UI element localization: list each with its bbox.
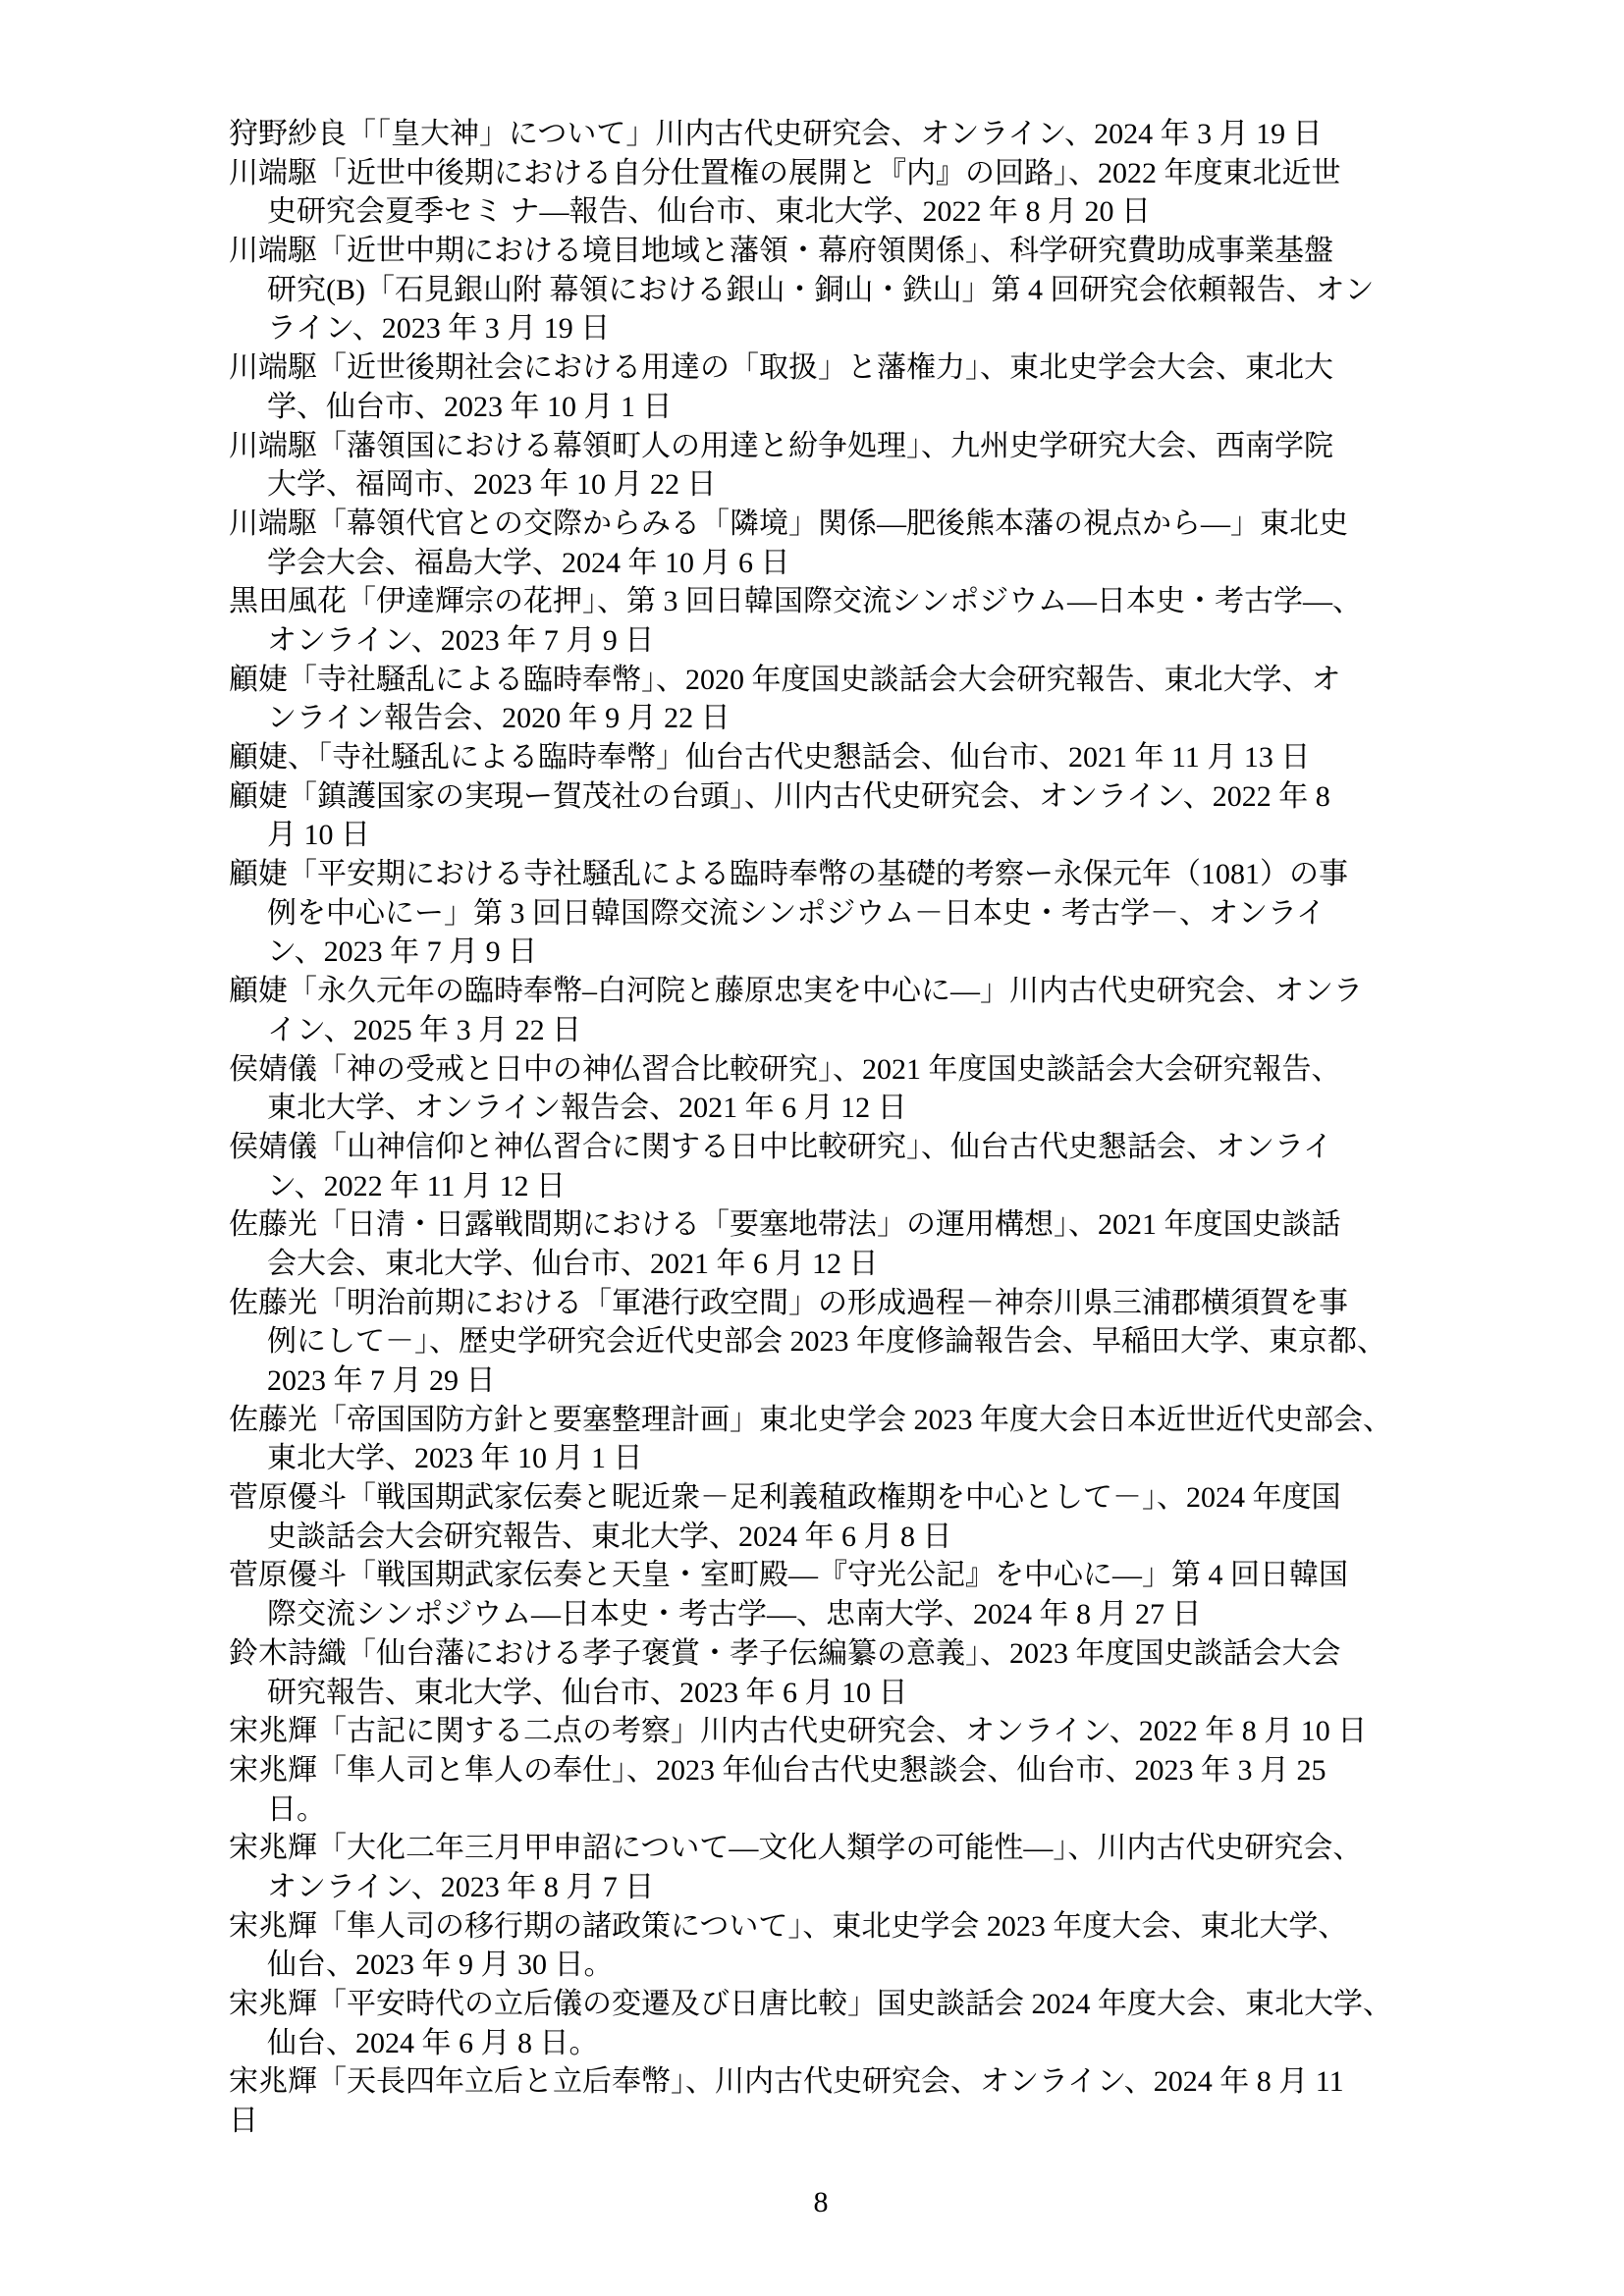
bibliography-line: 例を中心にー」第 3 回日韓国際交流シンポジウム－日本史・考古学－、オンライ (229, 894, 1413, 934)
bibliography-line: 例にして－」、歴史学研究会近代史部会 2023 年度修論報告会、早稲田大学、東京… (229, 1322, 1413, 1362)
bibliography-line: 仙台、2024 年 6 月 8 日。 (229, 2024, 1413, 2063)
bibliography-line: 佐藤光「帝国国防方針と要塞整理計画」東北史学会 2023 年度大会日本近世近代史… (229, 1401, 1413, 1440)
bibliography-line: 日。 (229, 1790, 1413, 1830)
bibliography-line: 侯婧儀「山神信仰と神仏習合に関する日中比較研究」、仙台古代史懇話会、オンライ (229, 1128, 1413, 1167)
document-page: 狩野紗良「「皇大神」について」川内古代史研究会、オンライン、2024 年 3 月… (0, 0, 1624, 2296)
bibliography-line: 鈴木詩織「仙台藩における孝子褒賞・孝子伝編纂の意義」、2023 年度国史談話会大… (229, 1634, 1413, 1674)
bibliography-line: 学、仙台市、2023 年 10 月 1 日 (229, 388, 1413, 427)
bibliography-line: 日 (229, 2102, 1413, 2141)
bibliography-line: 顧婕「寺社騒乱による臨時奉幣」、2020 年度国史談話会大会研究報告、東北大学、… (229, 661, 1413, 700)
bibliography-line: 宋兆輝「隼人司の移行期の諸政策について」、東北史学会 2023 年度大会、東北大… (229, 1907, 1413, 1947)
bibliography-line: 2023 年 7 月 29 日 (229, 1362, 1413, 1401)
bibliography-line: 顧婕、「寺社騒乱による臨時奉幣」仙台古代史懇話会、仙台市、2021 年 11 月… (229, 738, 1413, 777)
bibliography-line: 宋兆輝「隼人司と隼人の奉仕」、2023 年仙台古代史懇談会、仙台市、2023 年… (229, 1751, 1413, 1790)
bibliography-line: 宋兆輝「古記に関する二点の考察」川内古代史研究会、オンライン、2022 年 8 … (229, 1712, 1413, 1751)
bibliography-line: ンライン報告会、2020 年 9 月 22 日 (229, 699, 1413, 738)
bibliography-line: 川端駆「近世中後期における自分仕置権の展開と『内』の回路」、2022 年度東北近… (229, 154, 1413, 193)
bibliography-line: ン、2022 年 11 月 12 日 (229, 1167, 1413, 1206)
bibliography-line: 佐藤光「明治前期における「軍港行政空間」の形成過程－神奈川県三浦郡横須賀を事 (229, 1284, 1413, 1323)
bibliography-line: 月 10 日 (229, 816, 1413, 855)
bibliography-line: オンライン、2023 年 7 月 9 日 (229, 621, 1413, 661)
bibliography-line: 宋兆輝「大化二年三月甲申詔について—文化人類学の可能性—」、川内古代史研究会、 (229, 1829, 1413, 1868)
bibliography-line: 川端駆「藩領国における幕領町人の用達と紛争処理」、九州史学研究大会、西南学院 (229, 427, 1413, 466)
bibliography-line: 研究報告、東北大学、仙台市、2023 年 6 月 10 日 (229, 1674, 1413, 1713)
bibliography-line: 東北大学、オンライン報告会、2021 年 6 月 12 日 (229, 1089, 1413, 1128)
bibliography-line: 黒田風花「伊達輝宗の花押」、第 3 回日韓国際交流シンポジウム—日本史・考古学—… (229, 582, 1413, 621)
bibliography-line: オンライン、2023 年 8 月 7 日 (229, 1868, 1413, 1907)
bibliography-line: 大学、福岡市、2023 年 10 月 22 日 (229, 465, 1413, 505)
bibliography-line: ン、2023 年 7 月 9 日 (229, 933, 1413, 972)
bibliography-line: 際交流シンポジウム—日本史・考古学—、忠南大学、2024 年 8 月 27 日 (229, 1595, 1413, 1634)
bibliography-line: 史談話会大会研究報告、東北大学、2024 年 6 月 8 日 (229, 1518, 1413, 1557)
bibliography-line: 川端駆「幕領代官との交際からみる「隣境」関係—肥後熊本藩の視点から—」東北史 (229, 505, 1413, 544)
bibliography-line: 顧婕「永久元年の臨時奉幣–白河院と藤原忠実を中心に—」川内古代史研究会、オンラ (229, 972, 1413, 1011)
bibliography-line: 菅原優斗「戦国期武家伝奏と昵近衆－足利義稙政権期を中心として－」、2024 年度… (229, 1478, 1413, 1518)
bibliography-line: 狩野紗良「「皇大神」について」川内古代史研究会、オンライン、2024 年 3 月… (229, 115, 1413, 154)
bibliography-line: 顧婕「鎮護国家の実現ー賀茂社の台頭」、川内古代史研究会、オンライン、2022 年… (229, 777, 1413, 817)
bibliography-list: 狩野紗良「「皇大神」について」川内古代史研究会、オンライン、2024 年 3 月… (229, 115, 1413, 2141)
bibliography-line: 東北大学、2023 年 10 月 1 日 (229, 1439, 1413, 1478)
bibliography-line: 顧婕「平安期における寺社騒乱による臨時奉幣の基礎的考察ー永保元年（1081）の事 (229, 855, 1413, 894)
bibliography-line: 佐藤光「日清・日露戦間期における「要塞地帯法」の運用構想」、2021 年度国史談… (229, 1205, 1413, 1245)
bibliography-line: 会大会、東北大学、仙台市、2021 年 6 月 12 日 (229, 1245, 1413, 1284)
bibliography-line: 学会大会、福島大学、2024 年 10 月 6 日 (229, 544, 1413, 583)
bibliography-line: 仙台、2023 年 9 月 30 日。 (229, 1946, 1413, 1985)
bibliography-line: 川端駆「近世中期における境目地域と藩領・幕府領関係」、科学研究費助成事業基盤 (229, 232, 1413, 271)
bibliography-line: 研究(B)「石見銀山附 幕領における銀山・銅山・鉄山」第 4 回研究会依頼報告、… (229, 271, 1413, 310)
bibliography-line: ライン、2023 年 3 月 19 日 (229, 309, 1413, 348)
bibliography-line: 宋兆輝「天長四年立后と立后奉幣」、川内古代史研究会、オンライン、2024 年 8… (229, 2062, 1413, 2102)
bibliography-line: 侯婧儀「神の受戒と日中の神仏習合比較研究」、2021 年度国史談話会大会研究報告… (229, 1050, 1413, 1090)
page-number: 8 (229, 2183, 1413, 2222)
bibliography-line: 菅原優斗「戦国期武家伝奏と天皇・室町殿—『守光公記』を中心に—」第 4 回日韓国 (229, 1556, 1413, 1595)
bibliography-line: 川端駆「近世後期社会における用達の「取扱」と藩権力」、東北史学会大会、東北大 (229, 348, 1413, 388)
bibliography-line: 史研究会夏季セミ ナ—報告、仙台市、東北大学、2022 年 8 月 20 日 (229, 192, 1413, 232)
bibliography-line: イン、2025 年 3 月 22 日 (229, 1011, 1413, 1050)
bibliography-line: 宋兆輝「平安時代の立后儀の変遷及び日唐比較」国史談話会 2024 年度大会、東北… (229, 1985, 1413, 2024)
